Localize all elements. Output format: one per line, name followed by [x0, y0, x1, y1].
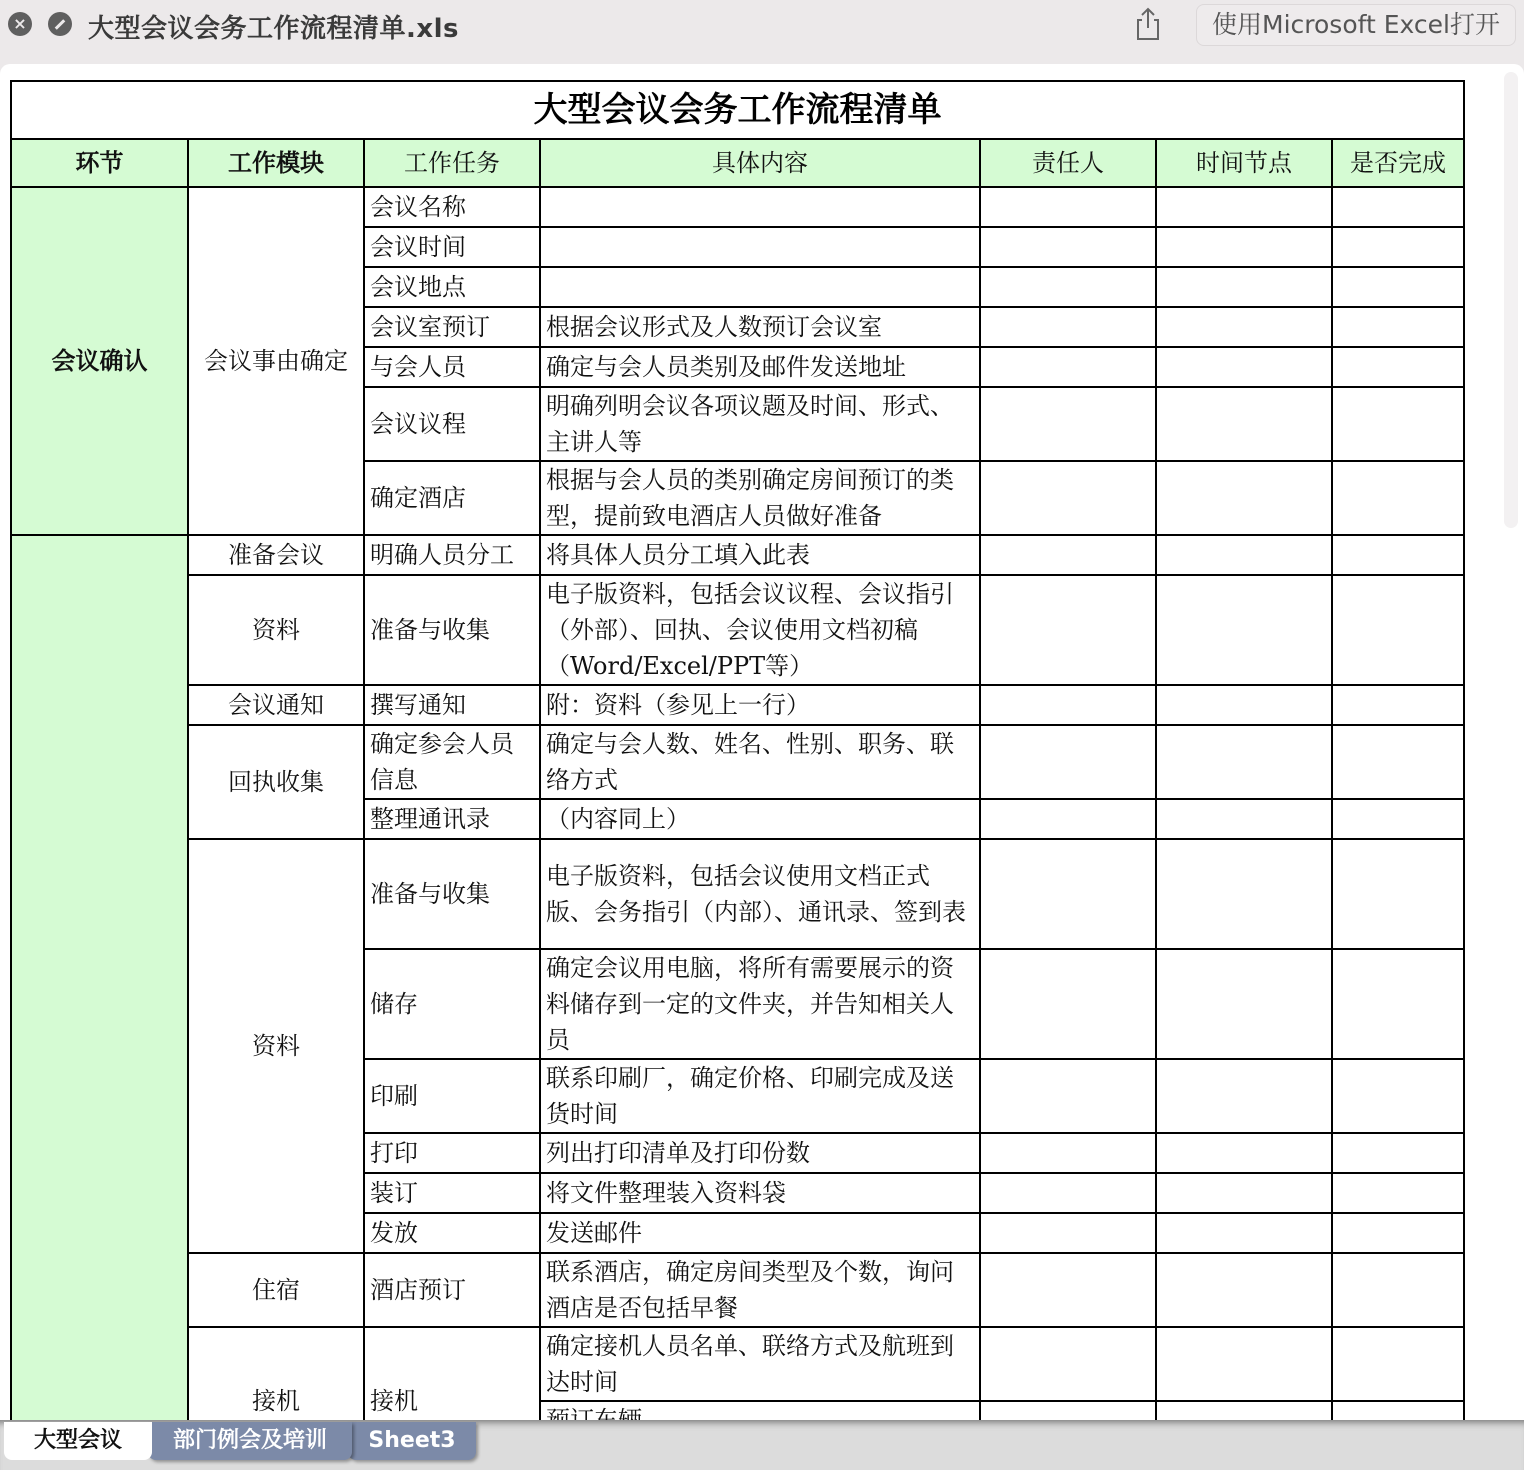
table-row: 住宿 酒店预订 联系酒店，确定房间类型及个数，询问酒店是否包括早餐 [11, 1253, 1464, 1327]
task-cell[interactable]: 撰写通知 [364, 685, 540, 725]
task-cell[interactable]: 装订 [364, 1173, 540, 1213]
deadline-cell[interactable] [1156, 347, 1332, 387]
sheet-tab-sheet3[interactable]: Sheet3 [348, 1422, 476, 1460]
header-row: 环节 工作模块 工作任务 具体内容 责任人 时间节点 是否完成 [11, 139, 1464, 187]
done-cell[interactable] [1332, 227, 1464, 267]
owner-cell[interactable] [980, 461, 1156, 535]
done-cell[interactable] [1332, 1173, 1464, 1213]
owner-cell[interactable] [980, 1213, 1156, 1253]
col-header-module[interactable]: 工作模块 [188, 139, 364, 187]
close-icon[interactable]: × [8, 12, 32, 36]
deadline-cell[interactable] [1156, 1401, 1332, 1420]
task-cell[interactable]: 与会人员 [364, 347, 540, 387]
module-cell[interactable]: 资料 [188, 575, 364, 685]
detail-cell[interactable]: 发送邮件 [540, 1213, 980, 1253]
detail-cell[interactable]: 确定与会人员类别及邮件发送地址 [540, 347, 980, 387]
task-cell[interactable]: 会议名称 [364, 187, 540, 227]
done-cell[interactable] [1332, 1253, 1464, 1327]
owner-cell[interactable] [980, 725, 1156, 799]
task-cell[interactable]: 储存 [364, 949, 540, 1059]
detail-cell[interactable]: 根据与会人员的类别确定房间预订的类型，提前致电酒店人员做好准备 [540, 461, 980, 535]
deadline-cell[interactable] [1156, 725, 1332, 799]
done-cell[interactable] [1332, 1133, 1464, 1173]
owner-cell[interactable] [980, 1401, 1156, 1420]
done-cell[interactable] [1332, 839, 1464, 949]
task-cell[interactable]: 会议议程 [364, 387, 540, 461]
done-cell[interactable] [1332, 1401, 1464, 1420]
table-row: 回执收集 确定参会人员信息 确定与会人数、姓名、性别、职务、联络方式 [11, 725, 1464, 799]
window-titlebar: × 大型会议会务工作流程清单.xls 使用Microsoft Excel打开 [0, 0, 1524, 64]
col-header-stage[interactable]: 环节 [11, 139, 188, 187]
detail-cell[interactable] [540, 227, 980, 267]
table-row: 会议前期准备 准备会议 明确人员分工 将具体人员分工填入此表 [11, 535, 1464, 575]
share-icon[interactable] [1132, 6, 1164, 42]
sheet-tab-bar: 大型会议 部门例会及培训 Sheet3 [0, 1420, 1524, 1470]
table-row: 接机 接机 确定接机人员名单、联络方式及航班到达时间 [11, 1327, 1464, 1401]
open-in-excel-button[interactable]: 使用Microsoft Excel打开 [1196, 4, 1516, 46]
module-cell[interactable]: 住宿 [188, 1253, 364, 1327]
table-row: 资料 准备与收集 电子版资料，包括会议议程、会议指引（外部）、回执、会议使用文档… [11, 575, 1464, 685]
done-cell[interactable] [1332, 1213, 1464, 1253]
owner-cell[interactable] [980, 267, 1156, 307]
task-cell[interactable]: 明确人员分工 [364, 535, 540, 575]
col-header-deadline[interactable]: 时间节点 [1156, 139, 1332, 187]
deadline-cell[interactable] [1156, 799, 1332, 839]
deadline-cell[interactable] [1156, 1253, 1332, 1327]
deadline-cell[interactable] [1156, 187, 1332, 227]
table-row: 会议通知 撰写通知 附：资料（参见上一行） [11, 685, 1464, 725]
owner-cell[interactable] [980, 347, 1156, 387]
col-header-owner[interactable]: 责任人 [980, 139, 1156, 187]
detail-cell[interactable]: 联系酒店，确定房间类型及个数，询问酒店是否包括早餐 [540, 1253, 980, 1327]
owner-cell[interactable] [980, 1173, 1156, 1213]
done-cell[interactable] [1332, 307, 1464, 347]
detail-cell[interactable]: 电子版资料，包括会议议程、会议指引（外部）、回执、会议使用文档初稿（Word/E… [540, 575, 980, 685]
detail-cell[interactable] [540, 187, 980, 227]
task-cell[interactable]: 发放 [364, 1213, 540, 1253]
done-cell[interactable] [1332, 1327, 1464, 1401]
table-row: 会议确认 会议事由确定 会议名称 [11, 187, 1464, 227]
owner-cell[interactable] [980, 949, 1156, 1059]
deadline-cell[interactable] [1156, 1059, 1332, 1133]
owner-cell[interactable] [980, 535, 1156, 575]
deadline-cell[interactable] [1156, 227, 1332, 267]
detail-cell[interactable]: 电子版资料，包括会议使用文档正式版、会务指引（内部）、通讯录、签到表 [540, 839, 980, 949]
detail-cell[interactable]: 确定会议用电脑，将所有需要展示的资料储存到一定的文件夹，并告知相关人员 [540, 949, 980, 1059]
spreadsheet-viewport: 大型会议会务工作流程清单 环节 工作模块 工作任务 具体内容 责任人 时间节点 … [0, 64, 1524, 1420]
owner-cell[interactable] [980, 575, 1156, 685]
col-header-task[interactable]: 工作任务 [364, 139, 540, 187]
task-cell[interactable]: 会议地点 [364, 267, 540, 307]
deadline-cell[interactable] [1156, 949, 1332, 1059]
detail-cell[interactable]: 附：资料（参见上一行） [540, 685, 980, 725]
detail-cell[interactable]: 联系印刷厂，确定价格、印刷完成及送货时间 [540, 1059, 980, 1133]
task-cell[interactable]: 酒店预订 [364, 1253, 540, 1327]
done-cell[interactable] [1332, 799, 1464, 839]
module-cell[interactable]: 准备会议 [188, 535, 364, 575]
detail-cell[interactable]: 将具体人员分工填入此表 [540, 535, 980, 575]
deadline-cell[interactable] [1156, 1327, 1332, 1401]
task-cell[interactable]: 打印 [364, 1133, 540, 1173]
detail-cell[interactable]: 预订车辆 [540, 1401, 980, 1420]
task-cell[interactable]: 准备与收集 [364, 839, 540, 949]
file-name: 大型会议会务工作流程清单.xls [88, 8, 459, 45]
done-cell[interactable] [1332, 267, 1464, 307]
done-cell[interactable] [1332, 187, 1464, 227]
table-row: 资料 准备与收集 电子版资料，包括会议使用文档正式版、会务指引（内部）、通讯录、… [11, 839, 1464, 949]
module-cell[interactable]: 回执收集 [188, 725, 364, 839]
module-cell[interactable]: 资料 [188, 839, 364, 1253]
sheet-title[interactable]: 大型会议会务工作流程清单 [11, 81, 1464, 139]
stage-cell[interactable]: 会议前期准备 [11, 535, 188, 1420]
owner-cell[interactable] [980, 1059, 1156, 1133]
col-header-done[interactable]: 是否完成 [1332, 139, 1464, 187]
done-cell[interactable] [1332, 1059, 1464, 1133]
module-cell[interactable]: 接机 [188, 1327, 364, 1420]
deadline-cell[interactable] [1156, 535, 1332, 575]
owner-cell[interactable] [980, 799, 1156, 839]
done-cell[interactable] [1332, 387, 1464, 461]
deadline-cell[interactable] [1156, 307, 1332, 347]
owner-cell[interactable] [980, 187, 1156, 227]
done-cell[interactable] [1332, 949, 1464, 1059]
detail-cell[interactable]: 将文件整理装入资料袋 [540, 1173, 980, 1213]
deadline-cell[interactable] [1156, 839, 1332, 949]
detail-cell[interactable]: 根据会议形式及人数预订会议室 [540, 307, 980, 347]
done-cell[interactable] [1332, 535, 1464, 575]
owner-cell[interactable] [980, 1327, 1156, 1401]
task-cell[interactable]: 会议时间 [364, 227, 540, 267]
owner-cell[interactable] [980, 227, 1156, 267]
detail-cell[interactable]: 确定接机人员名单、联络方式及航班到达时间 [540, 1327, 980, 1401]
deadline-cell[interactable] [1156, 1173, 1332, 1213]
task-cell[interactable]: 准备与收集 [364, 575, 540, 685]
sheet-tab-dept-meeting[interactable]: 部门例会及培训 [148, 1422, 352, 1460]
task-cell[interactable]: 印刷 [364, 1059, 540, 1133]
deadline-cell[interactable] [1156, 461, 1332, 535]
vertical-scrollbar[interactable] [1504, 72, 1518, 528]
detail-cell[interactable]: （内容同上） [540, 799, 980, 839]
task-cell[interactable]: 会议室预订 [364, 307, 540, 347]
task-cell[interactable]: 整理通讯录 [364, 799, 540, 839]
block-icon[interactable] [48, 12, 72, 36]
detail-cell[interactable]: 列出打印清单及打印份数 [540, 1133, 980, 1173]
workflow-table: 大型会议会务工作流程清单 环节 工作模块 工作任务 具体内容 责任人 时间节点 … [10, 80, 1465, 1420]
task-cell[interactable]: 确定参会人员信息 [364, 725, 540, 799]
deadline-cell[interactable] [1156, 387, 1332, 461]
done-cell[interactable] [1332, 575, 1464, 685]
owner-cell[interactable] [980, 387, 1156, 461]
owner-cell[interactable] [980, 839, 1156, 949]
done-cell[interactable] [1332, 685, 1464, 725]
owner-cell[interactable] [980, 1253, 1156, 1327]
stage-cell[interactable]: 会议确认 [11, 187, 188, 535]
detail-cell[interactable]: 确定与会人数、姓名、性别、职务、联络方式 [540, 725, 980, 799]
task-cell[interactable]: 确定酒店 [364, 461, 540, 535]
deadline-cell[interactable] [1156, 685, 1332, 725]
deadline-cell[interactable] [1156, 1213, 1332, 1253]
done-cell[interactable] [1332, 347, 1464, 387]
done-cell[interactable] [1332, 725, 1464, 799]
col-header-detail[interactable]: 具体内容 [540, 139, 980, 187]
module-cell[interactable]: 会议事由确定 [188, 187, 364, 535]
module-cell[interactable]: 会议通知 [188, 685, 364, 725]
owner-cell[interactable] [980, 685, 1156, 725]
detail-cell[interactable] [540, 267, 980, 307]
owner-cell[interactable] [980, 307, 1156, 347]
deadline-cell[interactable] [1156, 267, 1332, 307]
task-cell[interactable]: 接机 [364, 1327, 540, 1420]
deadline-cell[interactable] [1156, 575, 1332, 685]
owner-cell[interactable] [980, 1133, 1156, 1173]
deadline-cell[interactable] [1156, 1133, 1332, 1173]
sheet-tab-large-meeting[interactable]: 大型会议 [4, 1422, 152, 1460]
done-cell[interactable] [1332, 461, 1464, 535]
detail-cell[interactable]: 明确列明会议各项议题及时间、形式、主讲人等 [540, 387, 980, 461]
